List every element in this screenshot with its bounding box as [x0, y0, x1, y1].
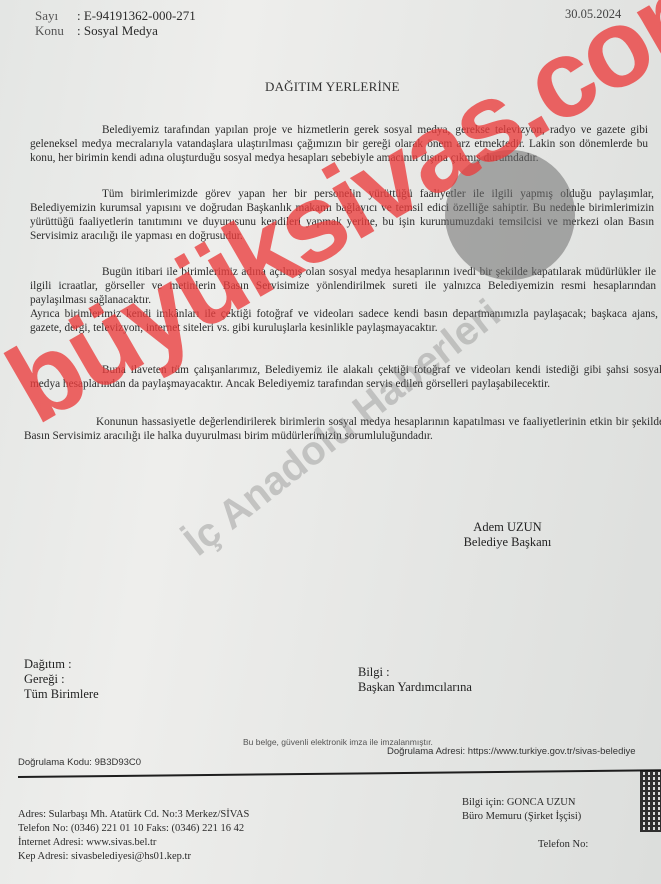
distribution-label: Dağıtım : [24, 657, 99, 672]
gereği-label: Gereği : [24, 672, 99, 687]
info-block: Bilgi : Başkan Yardımcılarına [358, 665, 472, 695]
paragraph-2: Tüm birimlerimizde görev yapan her bir p… [30, 188, 654, 244]
verify-address[interactable]: Doğrulama Adresi: https://www.turkiye.go… [387, 746, 636, 757]
doc-number: Sayı: E-94191362-000-271 [35, 8, 196, 23]
signer-name: Adem UZUN [450, 520, 565, 535]
info-phone: Telefon No: [538, 838, 588, 852]
sayi-label: Sayı [35, 8, 77, 23]
konu-label: Konu [35, 23, 77, 38]
signature-block: Adem UZUN Belediye Başkanı [450, 520, 565, 550]
bilgi-label: Bilgi : [358, 665, 472, 680]
distribution-block: Dağıtım : Gereği : Tüm Birimlere [24, 657, 99, 702]
sayi-value: : E-94191362-000-271 [77, 8, 196, 23]
paragraph-1: Belediyemiz tarafından yapılan proje ve … [30, 124, 648, 166]
footer-contact: Adres: Sularbaşı Mh. Atatürk Cd. No:3 Me… [18, 808, 249, 864]
konu-value: : Sosyal Medya [77, 23, 158, 38]
footer-divider [18, 769, 661, 778]
paragraph-6: Konunun hassasiyetle değerlendirilerek b… [24, 416, 661, 444]
paragraph-4: Ayrıca birimlerimiz kendi imkânları ile … [30, 308, 658, 336]
footer-phone-fax: Telefon No: (0346) 221 01 10 Faks: (0346… [18, 822, 249, 836]
verify-code: Doğrulama Kodu: 9B3D93C0 [18, 757, 141, 768]
paragraph-5: Buna ilaveten tüm çalışanlarımız, Beledi… [30, 364, 661, 392]
footer-info: Bilgi için: GONCA UZUN Büro Memuru (Şirk… [462, 796, 581, 824]
paragraph-3: Bugün itibari ile birimlerimiz adına açı… [30, 266, 656, 308]
doc-date: 30.05.2024 [565, 7, 621, 22]
gereği-value: Tüm Birimlere [24, 687, 99, 702]
footer-address: Adres: Sularbaşı Mh. Atatürk Cd. No:3 Me… [18, 808, 249, 822]
info-contact: Bilgi için: GONCA UZUN [462, 796, 581, 810]
doc-title: DAĞITIM YERLERİNE [265, 79, 400, 95]
qr-code [640, 770, 661, 832]
info-role: Büro Memuru (Şirket İşçisi) [462, 810, 581, 824]
signer-title: Belediye Başkanı [450, 535, 565, 550]
bilgi-value: Başkan Yardımcılarına [358, 680, 472, 695]
document-page: Sayı: E-94191362-000-271 Konu: Sosyal Me… [0, 0, 661, 884]
footer-web[interactable]: İnternet Adresi: www.sivas.bel.tr [18, 836, 249, 850]
doc-subject: Konu: Sosyal Medya [35, 23, 158, 38]
footer-kep[interactable]: Kep Adresi: sivasbelediyesi@hs01.kep.tr [18, 850, 249, 864]
